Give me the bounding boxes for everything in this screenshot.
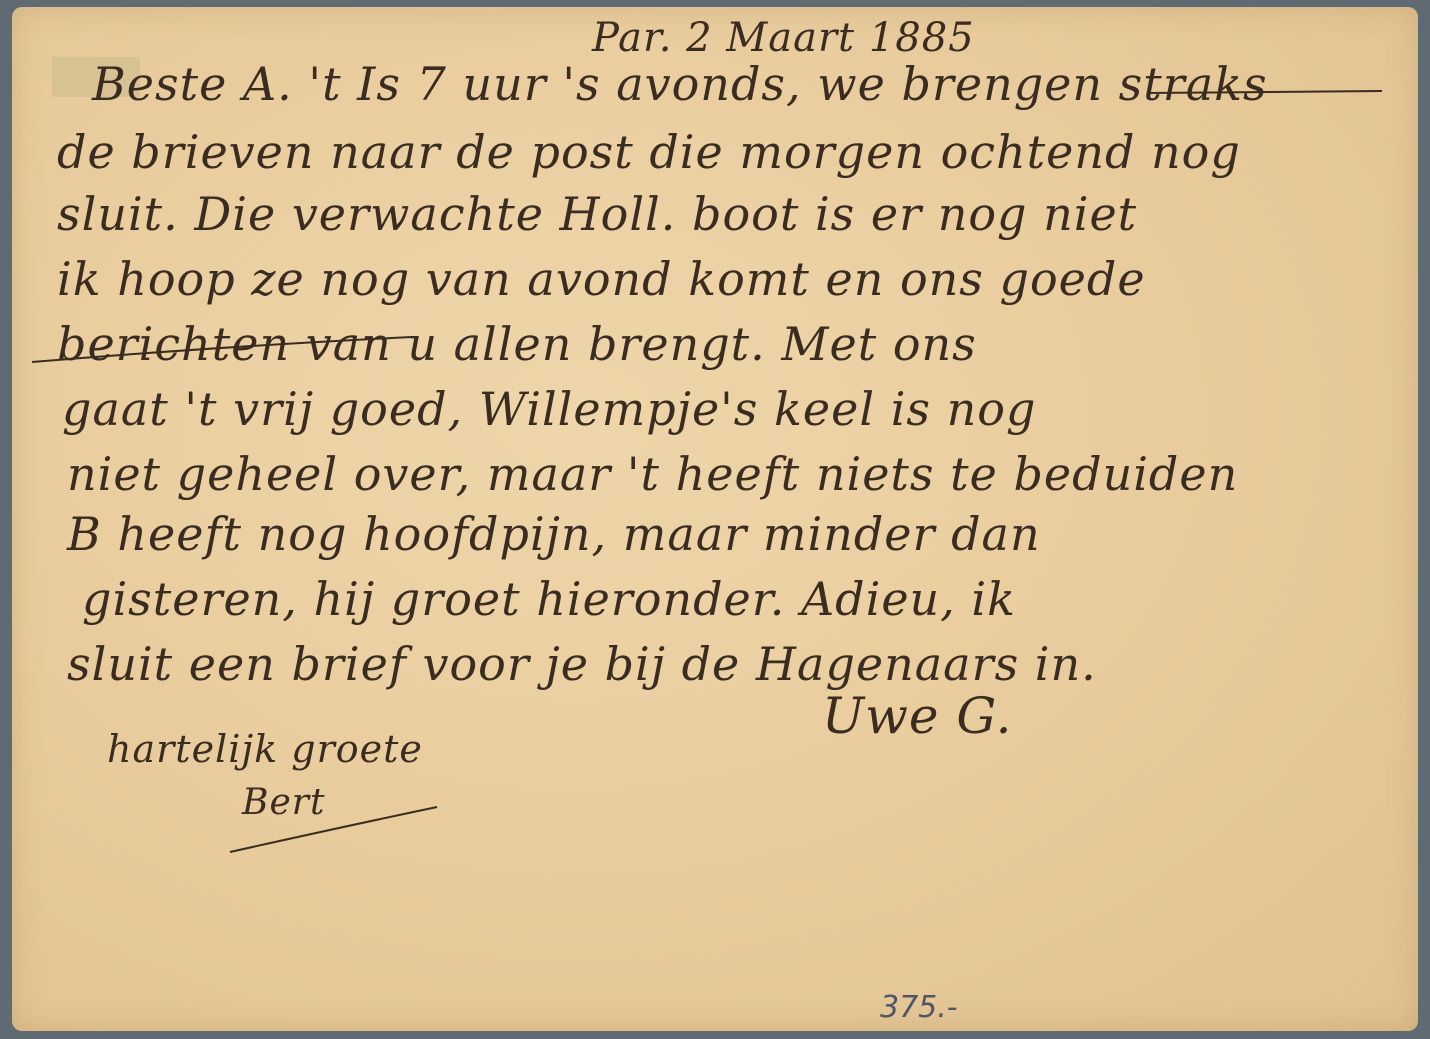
postcard: Par. 2 Maart 1885 Beste A. 't Is 7 uur '… (12, 7, 1418, 1031)
pen-underlines (12, 7, 1418, 1031)
price-mark: 375.- (880, 990, 958, 1025)
